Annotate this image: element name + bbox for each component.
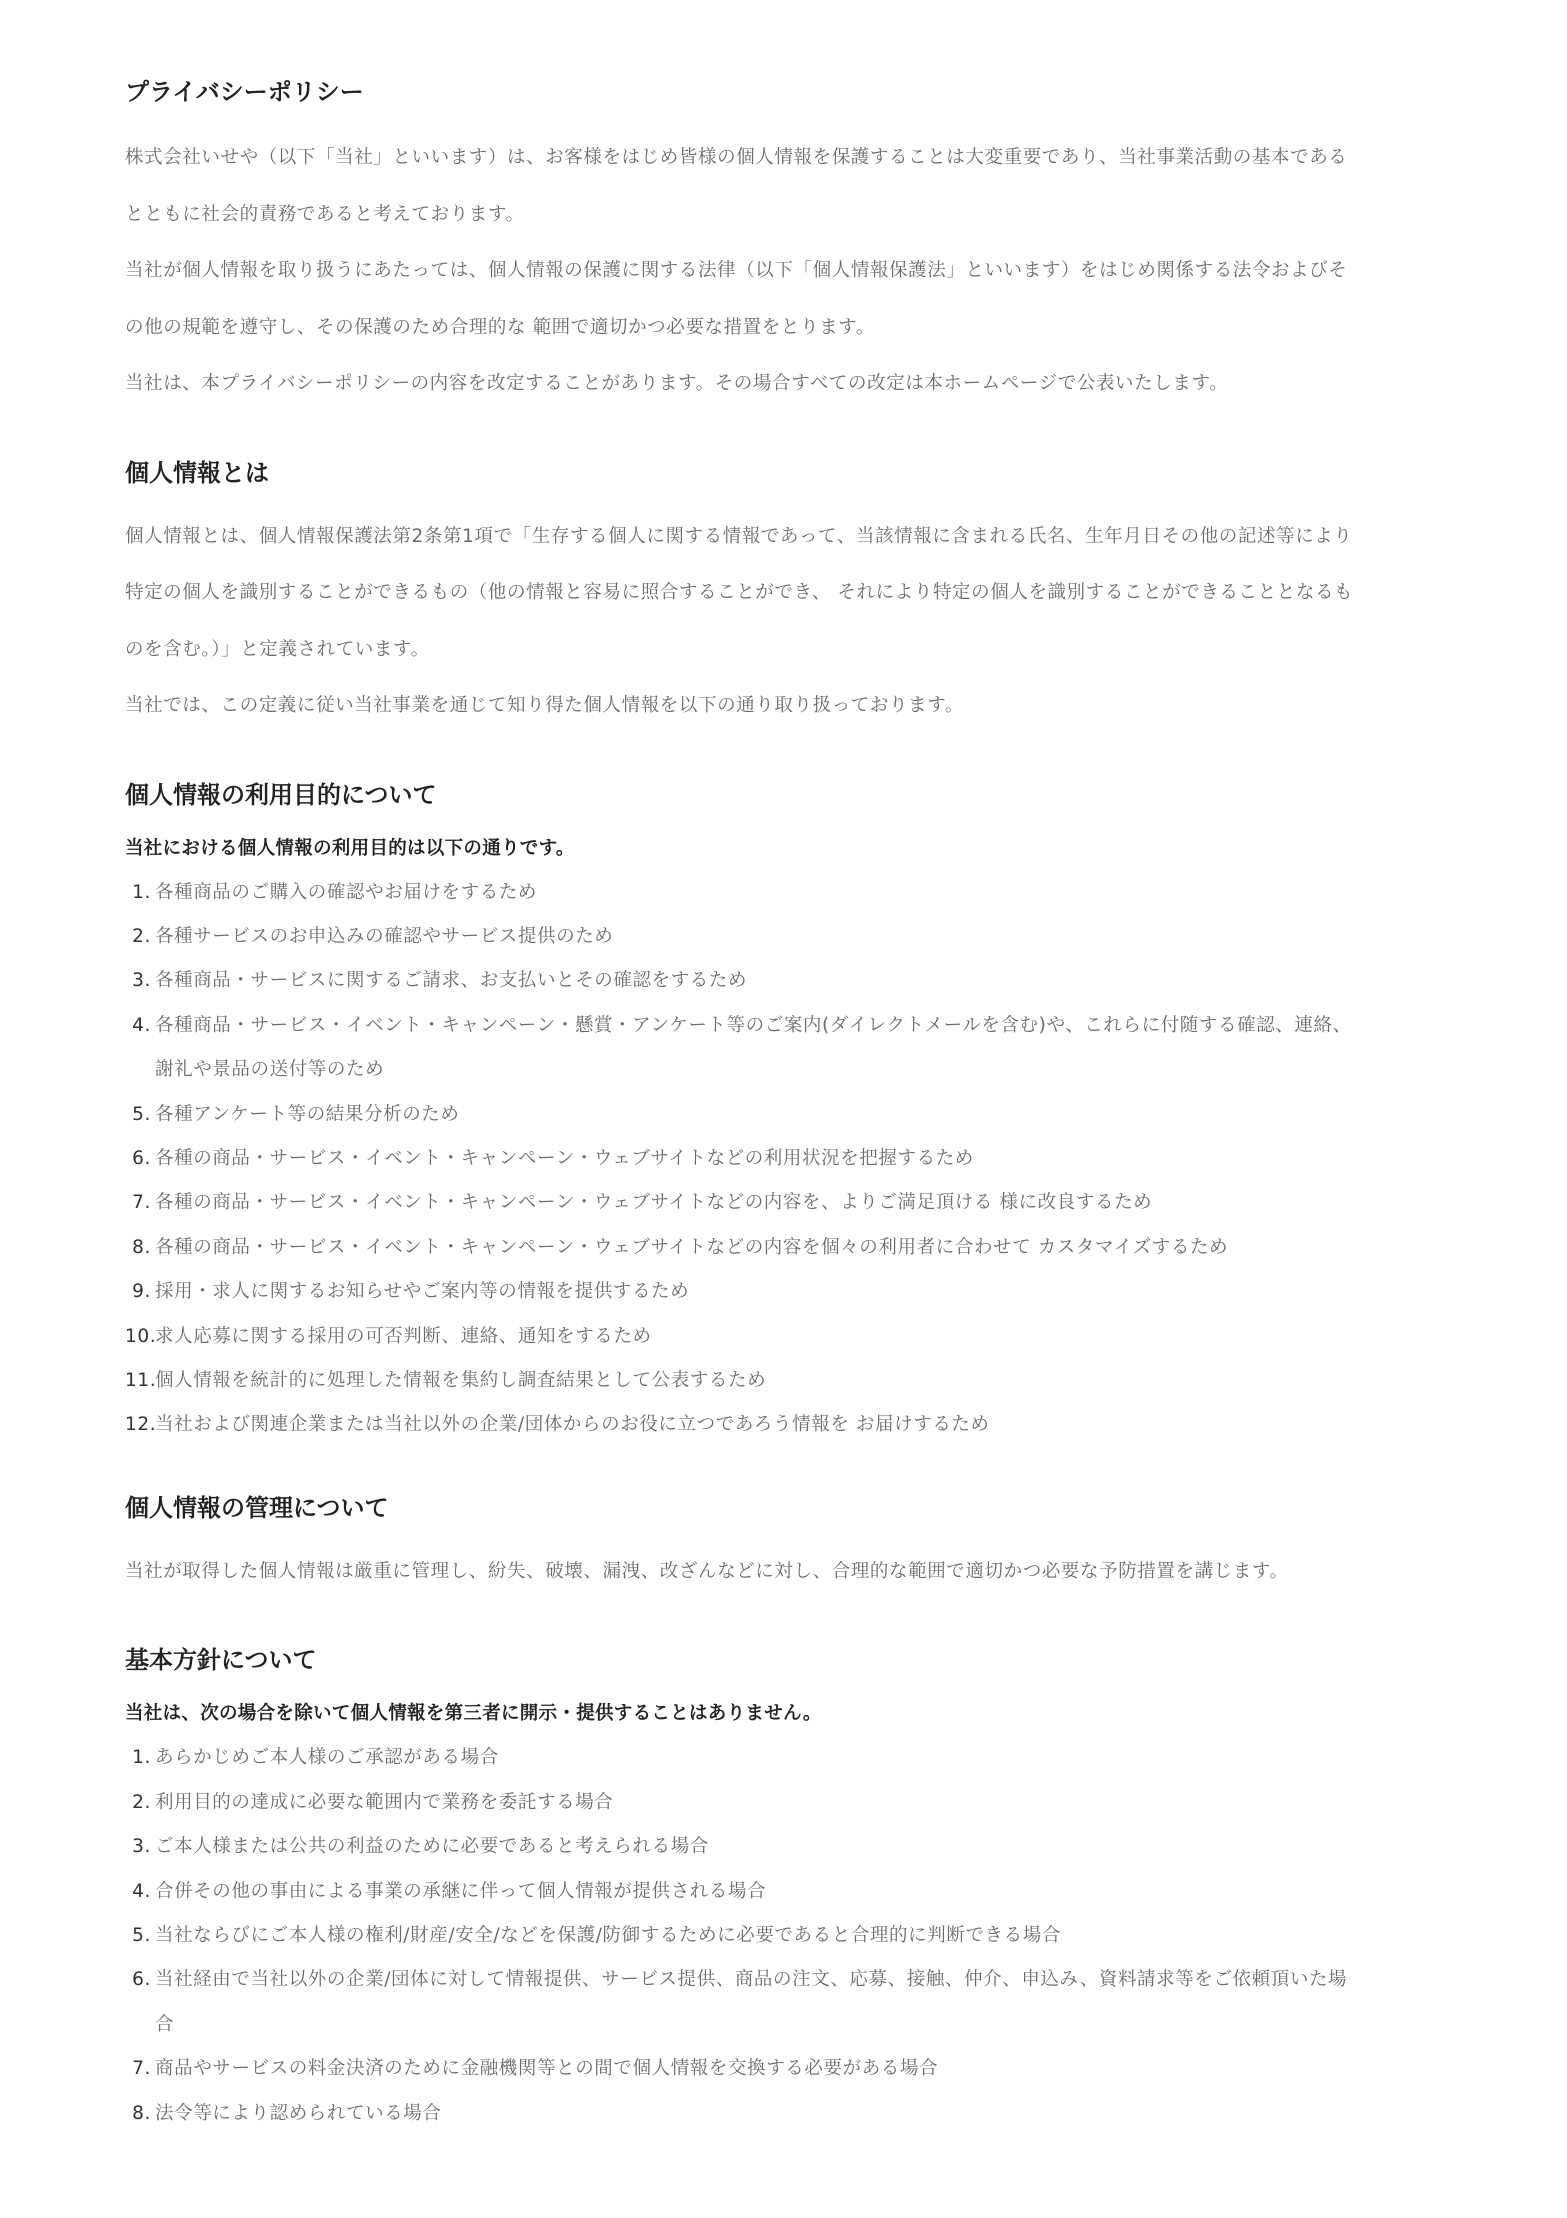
list-number: 2. (125, 915, 151, 959)
list-item: 12.当社および関連企業または当社以外の企業/団体からのお役に立つであろう情報を… (125, 1403, 1425, 1447)
list-number: 11. (125, 1359, 151, 1403)
section-heading: 基本方針について (125, 1642, 1425, 1678)
section-basic-policy: 基本方針について 当社は、次の場合を除いて個人情報を第三者に開示・提供することは… (125, 1642, 1425, 2136)
list-number: 1. (125, 1736, 151, 1780)
list-text: あらかじめご本人様のご承認がある場合 (155, 1747, 499, 1768)
list-text-continued: 合 (155, 2014, 174, 2035)
list-text: 合併その他の事由による事業の承継に伴って個人情報が提供される場合 (155, 1881, 766, 1902)
list-number: 6. (125, 1958, 151, 2002)
list-item: 3.ご本人様または公共の利益のために必要であると考えられる場合 (125, 1825, 1425, 1869)
list-item: 9.採用・求人に関するお知らせやご案内等の情報を提供するため (125, 1270, 1425, 1314)
list-item: 4.各種商品・サービス・イベント・キャンペーン・懸賞・アンケート等のご案内(ダイ… (125, 1004, 1425, 1093)
paragraph-line: 株式会社いせや（以下「当社」といいます）は、お客様をはじめ皆様の個人情報を保護す… (125, 130, 1425, 187)
paragraph-line: 当社が個人情報を取り扱うにあたっては、個人情報の保護に関する法律（以下「個人情報… (125, 243, 1425, 300)
policy-lead-text: 当社は、次の場合を除いて個人情報を第三者に開示・提供することはありません。 (125, 1696, 1425, 1732)
list-item: 5.当社ならびにご本人様の権利/財産/安全/などを保護/防御するために必要である… (125, 1914, 1425, 1958)
list-item: 5.各種アンケート等の結果分析のため (125, 1093, 1425, 1137)
list-item: 6.当社経由で当社以外の企業/団体に対して情報提供、サービス提供、商品の注文、応… (125, 1958, 1425, 2047)
list-number: 8. (125, 1226, 151, 1270)
list-text: 各種アンケート等の結果分析のため (155, 1104, 460, 1125)
list-item: 1.各種商品のご購入の確認やお届けをするため (125, 871, 1425, 915)
list-text: 採用・求人に関するお知らせやご案内等の情報を提供するため (155, 1281, 689, 1302)
list-number: 3. (125, 1825, 151, 1869)
list-text: 当社経由で当社以外の企業/団体に対して情報提供、サービス提供、商品の注文、応募、… (155, 1969, 1347, 1990)
section-heading: 個人情報の管理について (125, 1490, 1425, 1526)
page-title: プライバシーポリシー (125, 74, 1425, 110)
paragraph-line: とともに社会的責務であると考えております。 (125, 187, 1425, 244)
list-text: 法令等により認められている場合 (155, 2103, 442, 2124)
list-number: 4. (125, 1870, 151, 1914)
list-number: 3. (125, 959, 151, 1003)
list-text: 各種商品のご購入の確認やお届けをするため (155, 882, 537, 903)
list-number: 7. (125, 2047, 151, 2091)
list-item: 7.各種の商品・サービス・イベント・キャンペーン・ウェブサイトなどの内容を、より… (125, 1181, 1425, 1225)
privacy-policy-page: プライバシーポリシー 株式会社いせや（以下「当社」といいます）は、お客様をはじめ… (0, 0, 1425, 2136)
list-item: 10.求人応募に関する採用の可否判断、連絡、通知をするため (125, 1315, 1425, 1359)
list-number: 6. (125, 1137, 151, 1181)
list-text-continued: 謝礼や景品の送付等のため (155, 1059, 384, 1080)
list-number: 9. (125, 1270, 151, 1314)
list-text: 各種の商品・サービス・イベント・キャンペーン・ウェブサイトなどの内容を、よりご満… (155, 1192, 1152, 1213)
section-privacy-policy: プライバシーポリシー 株式会社いせや（以下「当社」といいます）は、お客様をはじめ… (125, 74, 1425, 413)
list-text: 利用目的の達成に必要な範囲内で業務を委託する場合 (155, 1792, 613, 1813)
purpose-list: 1.各種商品のご購入の確認やお届けをするため 2.各種サービスのお申込みの確認や… (125, 871, 1425, 1448)
list-text: ご本人様または公共の利益のために必要であると考えられる場合 (155, 1836, 709, 1857)
list-number: 7. (125, 1181, 151, 1225)
paragraph-line: 当社が取得した個人情報は厳重に管理し、紛失、破壊、漏洩、改ざんなどに対し、合理的… (125, 1544, 1425, 1601)
paragraph-line: 個人情報とは、個人情報保護法第2条第1項で「生存する個人に関する情報であって、当… (125, 509, 1425, 566)
section-heading: 個人情報の利用目的について (125, 777, 1425, 813)
list-item: 8.各種の商品・サービス・イベント・キャンペーン・ウェブサイトなどの内容を個々の… (125, 1226, 1425, 1270)
list-text: 当社ならびにご本人様の権利/財産/安全/などを保護/防御するために必要であると合… (155, 1925, 1061, 1946)
list-text: 求人応募に関する採用の可否判断、連絡、通知をするため (155, 1326, 652, 1347)
list-text: 各種の商品・サービス・イベント・キャンペーン・ウェブサイトなどの利用状況を把握す… (155, 1148, 974, 1169)
paragraph-line: の他の規範を遵守し、その保護のため合理的な 範囲で適切かつ必要な措置をとります。 (125, 300, 1425, 357)
list-text: 個人情報を統計的に処理した情報を集約し調査結果として公表するため (155, 1370, 766, 1391)
paragraph-line: のを含む。）」と定義されています。 (125, 622, 1425, 679)
section-heading: 個人情報とは (125, 455, 1425, 491)
list-item: 3.各種商品・サービスに関するご請求、お支払いとその確認をするため (125, 959, 1425, 1003)
list-item: 11.個人情報を統計的に処理した情報を集約し調査結果として公表するため (125, 1359, 1425, 1403)
list-number: 1. (125, 871, 151, 915)
list-number: 4. (125, 1004, 151, 1048)
list-number: 5. (125, 1914, 151, 1958)
list-text: 各種サービスのお申込みの確認やサービス提供のため (155, 926, 613, 947)
list-number: 8. (125, 2092, 151, 2136)
list-number: 10. (125, 1315, 151, 1359)
paragraph-line: 当社では、この定義に従い当社事業を通じて知り得た個人情報を以下の通り取り扱ってお… (125, 678, 1425, 735)
list-text: 当社および関連企業または当社以外の企業/団体からのお役に立つであろう情報を お届… (155, 1414, 990, 1435)
purpose-lead-text: 当社における個人情報の利用目的は以下の通りです。 (125, 831, 1425, 867)
section-definition: 個人情報とは 個人情報とは、個人情報保護法第2条第1項で「生存する個人に関する情… (125, 455, 1425, 735)
list-item: 7.商品やサービスの料金決済のために金融機関等との間で個人情報を交換する必要があ… (125, 2047, 1425, 2091)
list-text: 各種商品・サービス・イベント・キャンペーン・懸賞・アンケート等のご案内(ダイレク… (155, 1015, 1352, 1036)
list-text: 商品やサービスの料金決済のために金融機関等との間で個人情報を交換する必要がある場… (155, 2058, 938, 2079)
list-number: 5. (125, 1093, 151, 1137)
list-number: 12. (125, 1403, 151, 1447)
list-item: 8.法令等により認められている場合 (125, 2092, 1425, 2136)
section-management: 個人情報の管理について 当社が取得した個人情報は厳重に管理し、紛失、破壊、漏洩、… (125, 1490, 1425, 1601)
list-item: 2.各種サービスのお申込みの確認やサービス提供のため (125, 915, 1425, 959)
list-item: 6.各種の商品・サービス・イベント・キャンペーン・ウェブサイトなどの利用状況を把… (125, 1137, 1425, 1181)
list-item: 1.あらかじめご本人様のご承認がある場合 (125, 1736, 1425, 1780)
list-item: 4.合併その他の事由による事業の承継に伴って個人情報が提供される場合 (125, 1870, 1425, 1914)
list-text: 各種商品・サービスに関するご請求、お支払いとその確認をするため (155, 970, 747, 991)
paragraph-line: 特定の個人を識別することができるもの（他の情報と容易に照合することができ、 それ… (125, 565, 1425, 622)
section-purpose: 個人情報の利用目的について 当社における個人情報の利用目的は以下の通りです。 1… (125, 777, 1425, 1448)
policy-list: 1.あらかじめご本人様のご承認がある場合 2.利用目的の達成に必要な範囲内で業務… (125, 1736, 1425, 2136)
list-text: 各種の商品・サービス・イベント・キャンペーン・ウェブサイトなどの内容を個々の利用… (155, 1237, 1228, 1258)
list-number: 2. (125, 1781, 151, 1825)
paragraph-line: 当社は、本プライバシーポリシーの内容を改定することがあります。その場合すべての改… (125, 356, 1425, 413)
list-item: 2.利用目的の達成に必要な範囲内で業務を委託する場合 (125, 1781, 1425, 1825)
